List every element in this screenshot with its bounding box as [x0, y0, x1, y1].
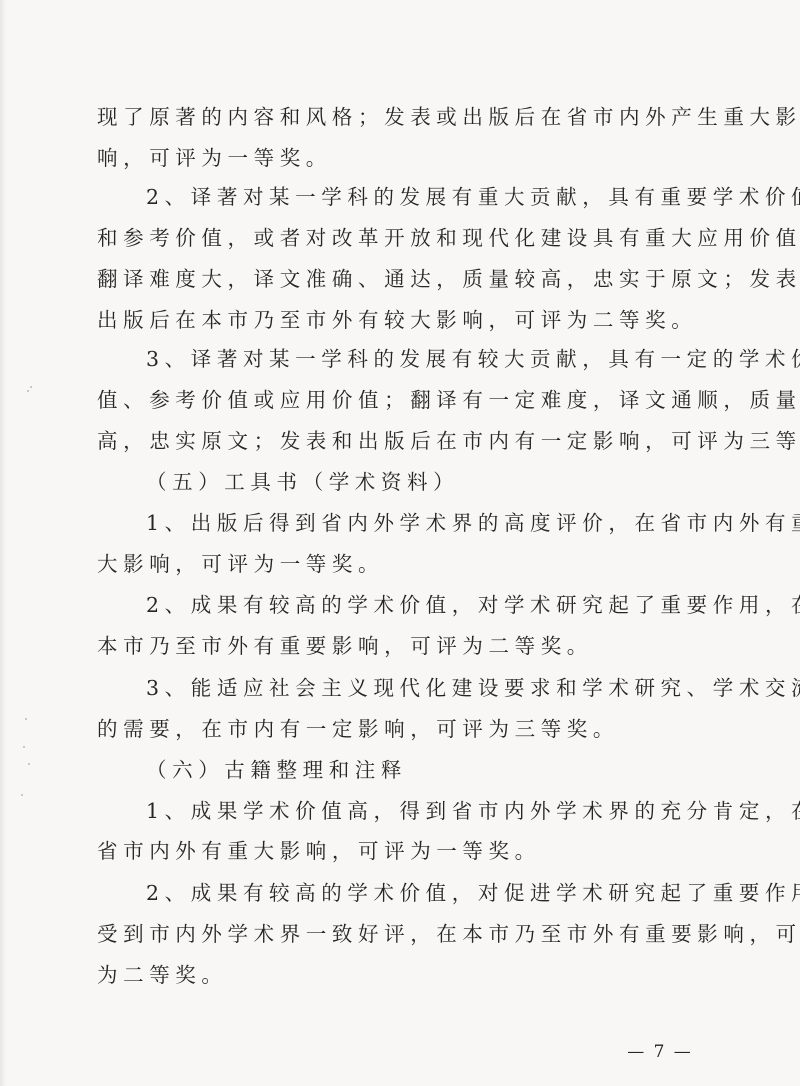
- scan-speck: [27, 390, 29, 392]
- text-line: 响，可评为一等奖。: [97, 145, 717, 171]
- scan-speck: [25, 718, 27, 720]
- text-line: 翻译难度大，译文准确、通达，质量较高，忠实于原文；发表或: [97, 266, 717, 292]
- text-line: 2、译著对某一学科的发展有重大贡献，具有重要学术价值: [146, 184, 766, 210]
- section-heading: （五）工具书（学术资料）: [146, 469, 766, 495]
- text-line: 省市内外有重大影响，可评为一等奖。: [97, 838, 717, 864]
- text-line: 大影响，可评为一等奖。: [97, 551, 717, 577]
- text-line: 现了原著的内容和风格；发表或出版后在省市内外产生重大影: [97, 104, 717, 130]
- text-line: 1、出版后得到省内外学术界的高度评价，在省市内外有重: [146, 510, 766, 536]
- text-line: 3、译著对某一学科的发展有较大贡献，具有一定的学术价: [146, 346, 766, 372]
- scan-speck: [28, 763, 30, 765]
- scan-page-edge: [0, 0, 6, 1086]
- scan-speck: [30, 386, 32, 388]
- text-line: 1、成果学术价值高，得到省市内外学术界的充分肯定，在: [146, 798, 766, 824]
- text-line: 为二等奖。: [97, 962, 717, 988]
- section-heading: （六）古籍整理和注释: [146, 757, 766, 783]
- text-line: 高，忠实原文；发表和出版后在市内有一定影响，可评为三等奖。: [97, 428, 717, 454]
- text-line: 2、成果有较高的学术价值，对学术研究起了重要作用，在: [146, 592, 766, 618]
- text-line: 2、成果有较高的学术价值，对促进学术研究起了重要作用，: [146, 880, 766, 906]
- text-line: 受到市内外学术界一致好评，在本市乃至市外有重要影响，可评: [97, 921, 717, 947]
- text-line: 和参考价值，或者对改革开放和现代化建设具有重大应用价值；: [97, 225, 717, 251]
- text-line: 出版后在本市乃至市外有较大影响，可评为二等奖。: [97, 307, 717, 333]
- text-line: 本市乃至市外有重要影响，可评为二等奖。: [97, 633, 717, 659]
- scan-speck: [21, 794, 23, 796]
- page-number: — 7 —: [600, 1042, 720, 1062]
- text-line: 值、参考价值或应用价值；翻译有一定难度，译文通顺，质量较: [97, 387, 717, 413]
- scan-speck: [23, 746, 25, 748]
- text-line: 3、能适应社会主义现代化建设要求和学术研究、学术交流: [146, 675, 766, 701]
- text-line: 的需要，在市内有一定影响，可评为三等奖。: [97, 716, 717, 742]
